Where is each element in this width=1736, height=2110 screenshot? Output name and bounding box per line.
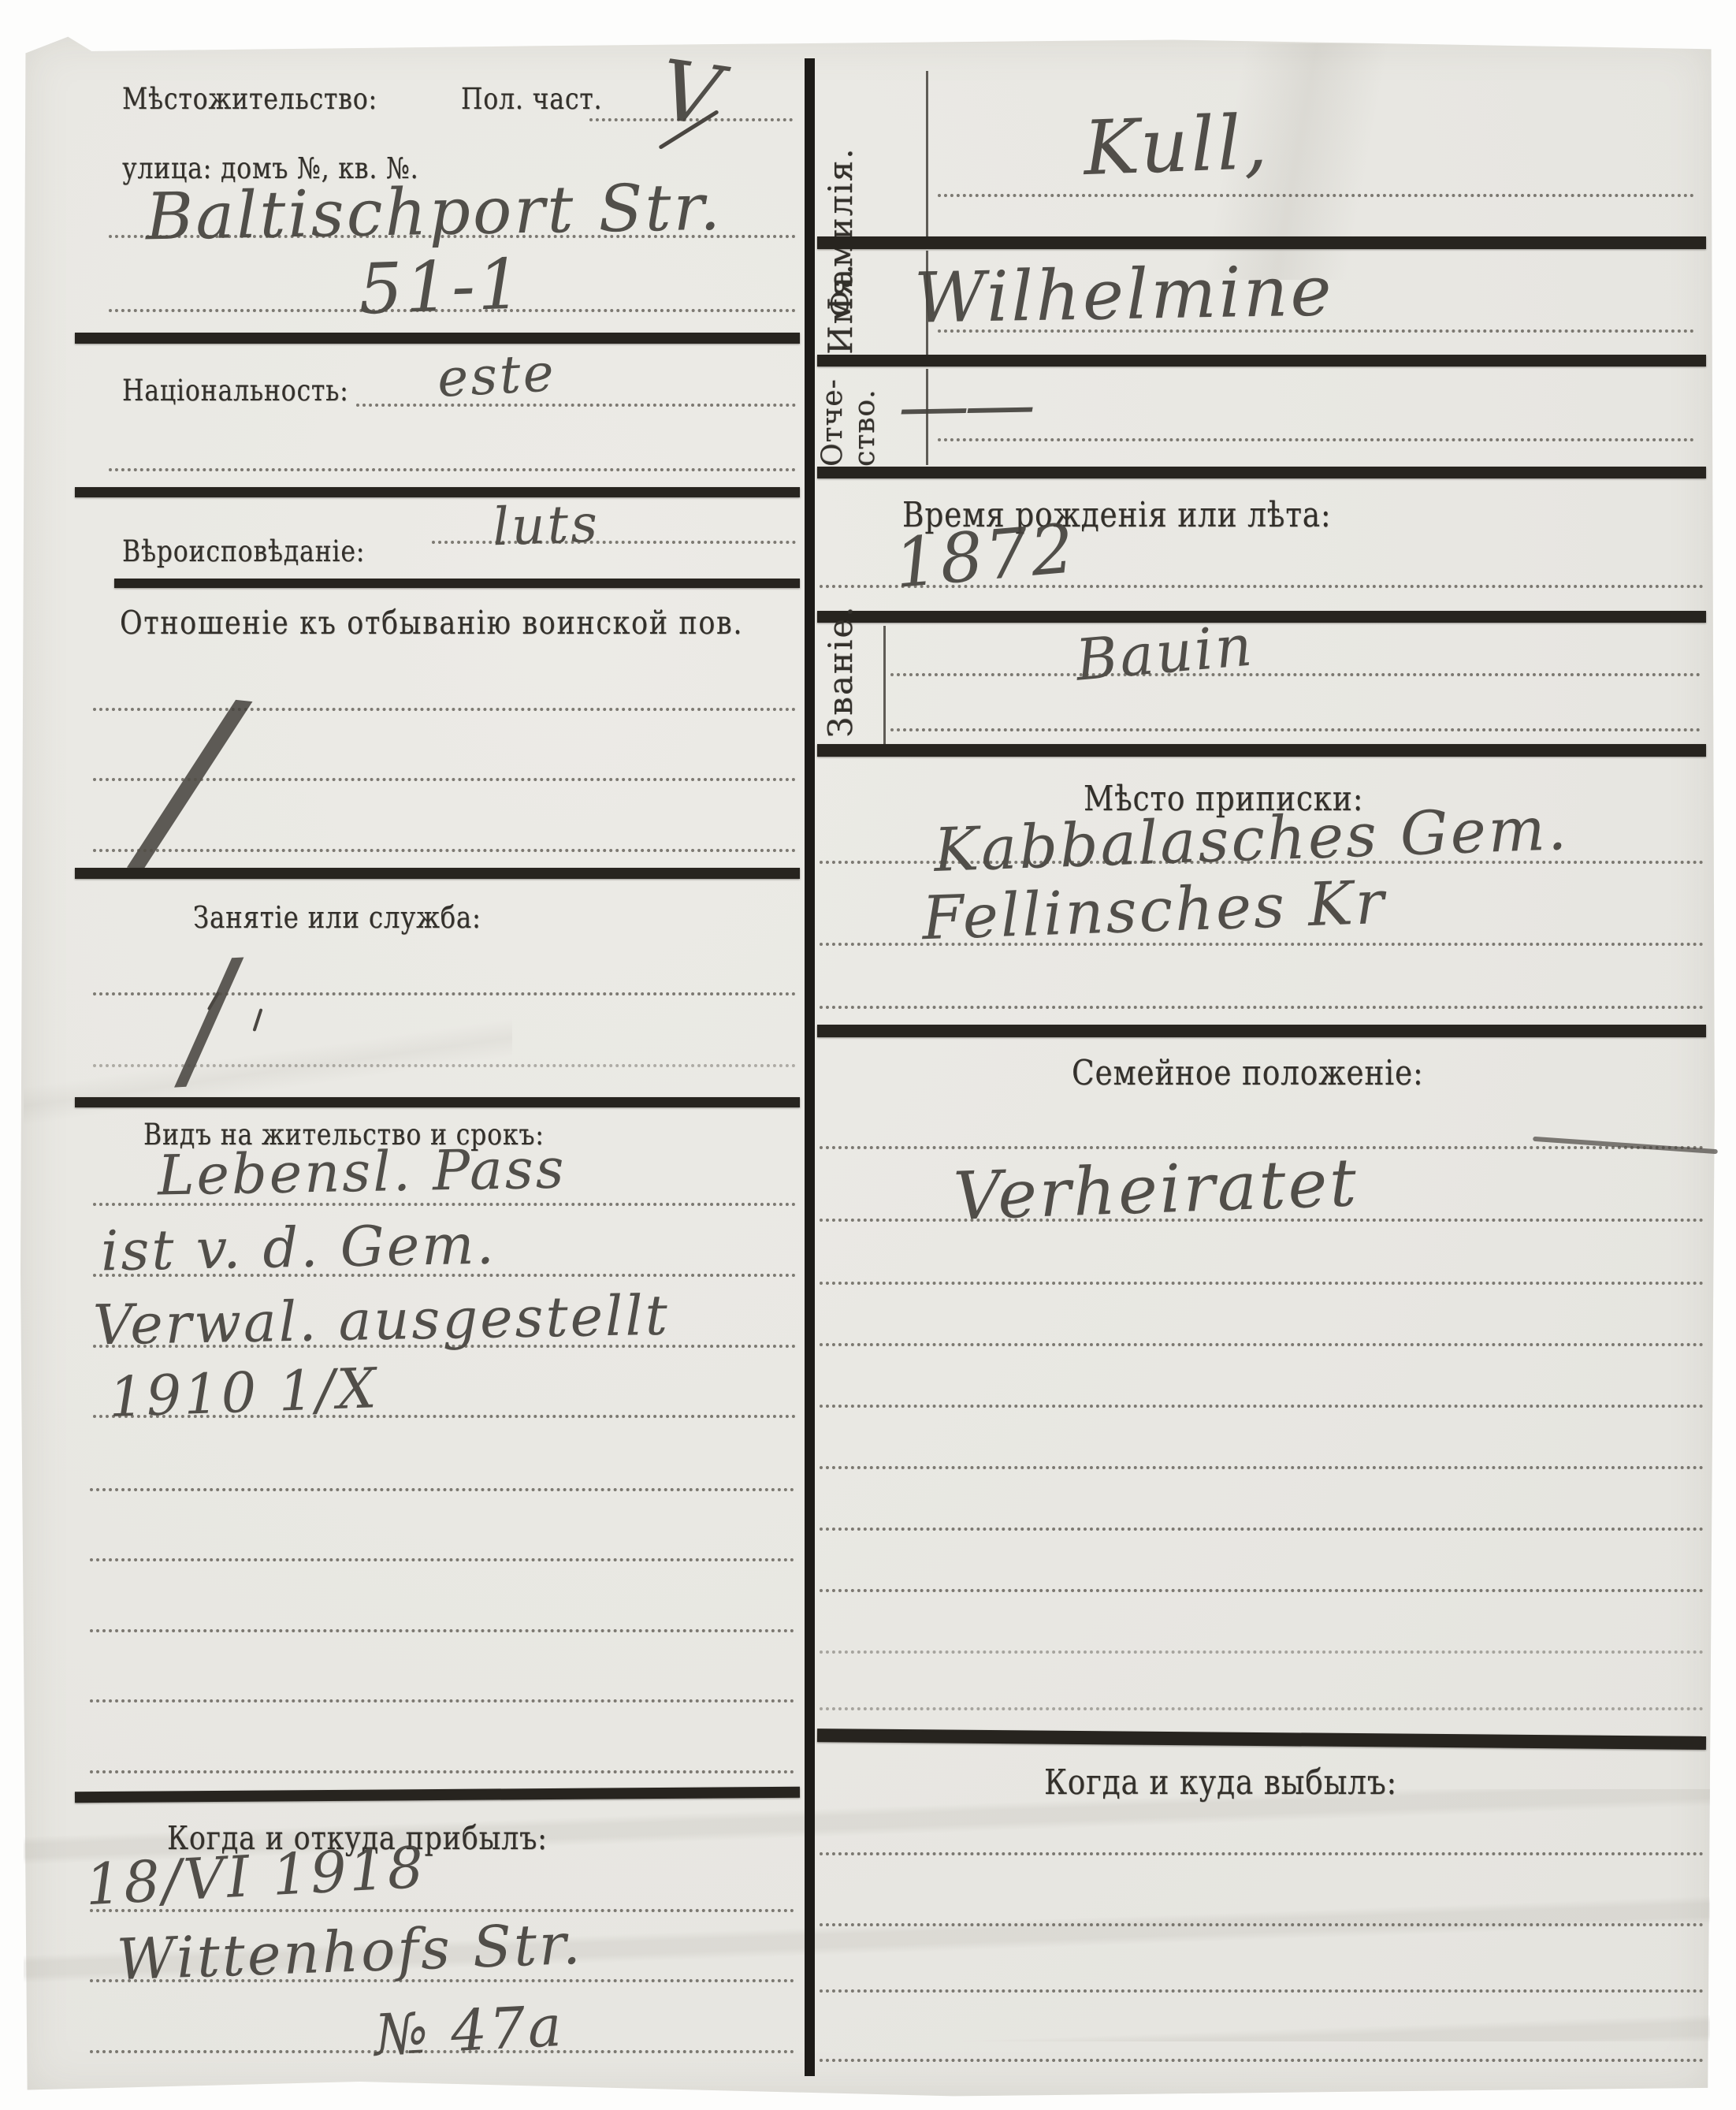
permit-line: 1910 1/X xyxy=(108,1356,380,1430)
first-name-label: Имя. xyxy=(821,259,860,355)
section-divider-rule xyxy=(817,1025,1706,1037)
dotted-line xyxy=(938,194,1694,197)
residence-label: Мѣстожительство: xyxy=(122,82,377,116)
registration-card-scan: Мѣстожительство: Пол. част. V улица: дом… xyxy=(0,0,1736,2110)
dotted-line xyxy=(356,404,796,407)
permit-line: Lebensl. Pass xyxy=(157,1136,567,1208)
marital-status-label: Семейное положеніе: xyxy=(1072,1053,1423,1093)
patronymic-label-line2: ство. xyxy=(849,372,881,467)
dotted-line xyxy=(938,329,1694,333)
dotted-line xyxy=(432,541,796,544)
dotted-line xyxy=(90,1909,794,1912)
dotted-line xyxy=(93,1345,796,1348)
rank-label: Званіе. xyxy=(821,627,860,738)
dotted-line xyxy=(90,2050,794,2053)
arrival-house-number: № 47a xyxy=(373,1993,566,2068)
police-part-label: Пол. част. xyxy=(461,82,602,116)
religion-value: luts xyxy=(492,493,601,558)
dotted-line xyxy=(820,943,1704,946)
dotted-line xyxy=(90,1699,794,1703)
first-name-value: Wilhelmine xyxy=(913,250,1334,338)
surname-value: Kull, xyxy=(1082,99,1271,192)
dotted-line xyxy=(820,861,1704,864)
dotted-line xyxy=(820,1923,1704,1926)
occupation-label: Занятіе или служба: xyxy=(193,900,481,935)
dotted-line xyxy=(109,468,796,471)
nationality-value: este xyxy=(436,342,557,409)
dotted-line xyxy=(820,1343,1704,1346)
dotted-line xyxy=(93,1064,796,1067)
column-divider xyxy=(805,58,815,2076)
dotted-line xyxy=(820,1006,1704,1009)
dotted-line xyxy=(820,1282,1704,1285)
patronymic-label: Отче- ство. xyxy=(816,372,881,467)
patronymic-label-line1: Отче- xyxy=(816,372,849,467)
dotted-line xyxy=(93,1415,796,1418)
dotted-line xyxy=(90,1558,794,1561)
section-divider-rule xyxy=(817,467,1706,478)
birth-value: 1872 xyxy=(891,509,1080,604)
section-divider-rule xyxy=(817,236,1706,249)
nationality-label: Національность: xyxy=(122,374,349,407)
dotted-line xyxy=(90,1488,794,1491)
label-separator-line xyxy=(883,626,886,746)
religion-label: Вѣроисповѣданіе: xyxy=(122,534,365,568)
dotted-line xyxy=(109,309,796,312)
dotted-line xyxy=(820,585,1704,588)
section-divider-rule xyxy=(817,611,1706,623)
section-divider-rule xyxy=(75,487,800,497)
section-divider-rule xyxy=(75,1097,800,1107)
section-divider-rule xyxy=(114,579,800,588)
occupation-mark: / xyxy=(178,927,241,1108)
label-separator-line xyxy=(926,71,928,238)
dotted-line xyxy=(820,1466,1704,1469)
house-flat-value: 51-1 xyxy=(357,243,525,329)
dotted-line xyxy=(109,235,796,238)
military-service-label: Отношеніе къ отбыванію воинской пов. xyxy=(120,604,743,642)
dotted-line xyxy=(938,438,1694,441)
section-divider-rule xyxy=(817,744,1706,757)
dotted-line xyxy=(820,2059,1704,2062)
section-divider-rule xyxy=(75,868,800,879)
dotted-line xyxy=(90,1629,794,1632)
dotted-line xyxy=(820,1219,1704,1222)
permit-line: ist v. d. Gem. xyxy=(100,1212,496,1284)
dotted-line xyxy=(820,1405,1704,1408)
dotted-line xyxy=(93,992,796,995)
dotted-line xyxy=(820,1707,1704,1710)
departure-label: Когда и куда выбылъ: xyxy=(1044,1762,1397,1803)
dotted-line xyxy=(93,1274,796,1277)
dotted-line xyxy=(90,1979,794,1982)
dotted-line xyxy=(820,1650,1704,1654)
dotted-line xyxy=(820,1989,1704,1993)
dotted-line xyxy=(90,1770,794,1773)
dotted-line xyxy=(820,1852,1704,1855)
dotted-line xyxy=(93,778,796,781)
dotted-line xyxy=(93,1203,796,1206)
dotted-line xyxy=(890,673,1701,676)
street-value: Baltischport Str. xyxy=(145,170,723,255)
dotted-line xyxy=(890,728,1701,731)
dotted-line xyxy=(820,1528,1704,1531)
patronymic-value: —— xyxy=(898,363,1032,448)
dotted-line xyxy=(93,849,796,852)
dotted-line xyxy=(820,1589,1704,1592)
section-divider-rule xyxy=(75,333,800,344)
